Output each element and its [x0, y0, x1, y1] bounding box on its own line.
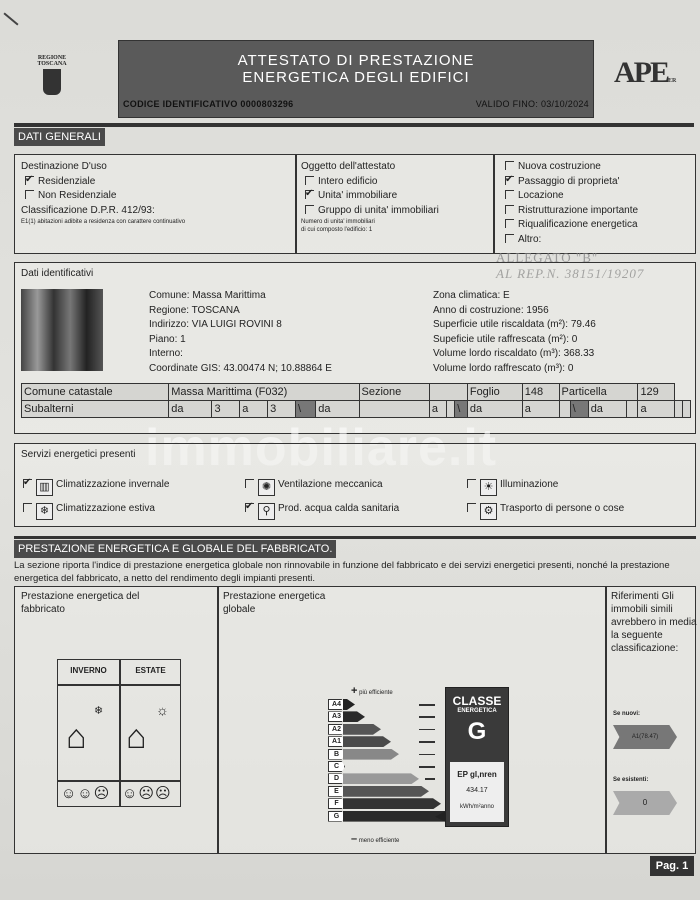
snowflake-icon: ❄ [94, 704, 103, 717]
class-label-d: D [328, 773, 345, 784]
se-nuovi-value: A1(78.47) [613, 725, 677, 749]
energetica-label: ENERGETICA [446, 708, 508, 714]
servizi-title: Servizi energetici presenti [21, 448, 136, 463]
oggetto-title: Oggetto dell'attestato [301, 160, 439, 175]
checkbox-icon[interactable] [245, 503, 254, 512]
servizio-label: Climatizzazione invernale [56, 479, 169, 490]
option-label: Altro: [518, 234, 541, 245]
catasto-cell: da [467, 401, 522, 418]
servizio-item[interactable]: ⚙Trasporto di persone o cose [467, 502, 624, 520]
catasto-table: Comune catastaleMassa Marittima (F032)Se… [21, 383, 691, 418]
lamp-icon: ☀ [480, 479, 497, 496]
class-bar-d [343, 773, 419, 784]
catasto-cell: a [240, 401, 268, 418]
class-line [419, 766, 435, 768]
class-bar-f [343, 798, 441, 809]
motivazione-option[interactable]: Locazione [501, 189, 638, 204]
catasto-cell: \ [570, 401, 588, 418]
ep-value: 434.17 [450, 787, 504, 794]
building-photo [21, 289, 103, 371]
house-winter-icon: ⌂ [66, 718, 87, 757]
destinazione-uso: Destinazione D'uso ResidenzialeNon Resid… [21, 160, 185, 226]
se-esistenti-value: 0 [613, 791, 677, 815]
class-line [419, 716, 435, 718]
identificativi-right: Zona climatica: EAnno di costruzione: 19… [433, 289, 596, 376]
checkbox-icon[interactable] [505, 234, 514, 243]
codice-identificativo: CODICE IDENTIFICATIVO 0000803296 [123, 99, 294, 109]
catasto-cell: Sezione [359, 384, 429, 401]
document-title-box: ATTESTATO DI PRESTAZIONE ENERGETICA DEGL… [118, 40, 594, 118]
elevator-icon: ⚙ [480, 503, 497, 520]
info-line: Zona climatica: E [433, 289, 596, 304]
inverno-label: INVERNO [58, 666, 119, 675]
checkbox-icon[interactable] [467, 503, 476, 512]
class-label-a1: A1 [328, 736, 345, 747]
checkbox-icon[interactable] [25, 190, 34, 199]
divider [605, 587, 607, 853]
info-line: Interno: [149, 347, 332, 362]
ape-logo: APEER [614, 56, 676, 90]
option-label: Intero edificio [318, 176, 377, 187]
motivazione-option[interactable]: Altro: [501, 233, 638, 248]
checkbox-icon[interactable] [505, 176, 514, 185]
catasto-cell: da [588, 401, 627, 418]
class-label-a4: A4 [328, 699, 345, 710]
class-bar-a1 [343, 736, 391, 747]
info-line: Indirizzo: VIA LUIGI ROVINI 8 [149, 318, 332, 333]
numero-unita-value: di cui composto l'edificio: 1 [301, 226, 439, 234]
class-label-a2: A2 [328, 724, 345, 735]
divider [493, 155, 495, 253]
class-bar-a2 [343, 724, 381, 735]
servizi-energetici-box: Servizi energetici presenti ▥Climatizzaz… [14, 443, 696, 527]
motivazione-option[interactable]: Ristrutturazione importante [501, 204, 638, 219]
servizio-item[interactable]: ▥Climatizzazione invernale [23, 478, 169, 496]
identificativi-left: Comune: Massa MarittimaRegione: TOSCANAI… [149, 289, 332, 376]
catasto-cell: 3 [268, 401, 296, 418]
se-nuovi-label: Se nuovi: [613, 711, 640, 717]
destinazione-option[interactable]: Non Residenziale [21, 189, 185, 204]
info-line: Coordinate GIS: 43.00474 N; 10.88864 E [149, 362, 332, 377]
checkbox-icon[interactable] [505, 205, 514, 214]
servizio-item[interactable]: ✺Ventilazione meccanica [245, 478, 383, 496]
servizio-item[interactable]: ⚲Prod. acqua calda sanitaria [245, 502, 399, 520]
checkbox-icon[interactable] [505, 190, 514, 199]
servizio-label: Ventilazione meccanica [278, 479, 383, 490]
house-summer-icon: ⌂ [126, 718, 147, 757]
checkbox-icon[interactable] [25, 176, 34, 185]
radiator-icon: ▥ [36, 479, 53, 496]
col2-title: Prestazione energetica globale [223, 590, 343, 616]
catasto-cell: 148 [522, 384, 559, 401]
option-label: Ristrutturazione importante [518, 205, 638, 216]
catasto-cell [627, 401, 638, 418]
shield-icon [43, 69, 61, 95]
catasto-cell: 129 [638, 384, 675, 401]
catasto-cell: a [522, 401, 559, 418]
catasto-cell: Particella [559, 384, 638, 401]
classificazione-value: E1(1) abitazioni adibite a residenza con… [21, 218, 185, 226]
class-label-g: G [328, 811, 345, 822]
catasto-cell [682, 401, 690, 418]
ep-unit: kWh/m²anno [450, 804, 504, 810]
classe-energetica-box: CLASSE ENERGETICA G EP gl,nren 434.17 kW… [445, 687, 509, 827]
ep-box: EP gl,nren 434.17 kWh/m²anno [450, 762, 504, 822]
valido-fino: VALIDO FINO: 03/10/2024 [476, 99, 589, 109]
section-dati-generali: DATI GENERALI [14, 128, 105, 146]
catasto-cell: \ [455, 401, 468, 418]
option-label: Non Residenziale [38, 190, 116, 201]
checkbox-icon[interactable] [23, 503, 32, 512]
motivazione-option[interactable]: Riqualificazione energetica [501, 218, 638, 233]
option-label: Riqualificazione energetica [518, 219, 638, 230]
class-label-a3: A3 [328, 711, 345, 722]
class-label-e: E [328, 786, 345, 797]
header-divider [14, 123, 694, 127]
option-label: Unita' immobiliare [318, 190, 397, 201]
info-line: Volume lordo riscaldato (m³): 368.33 [433, 347, 596, 362]
meno-efficiente-label: – meno efficiente [351, 833, 399, 845]
checkbox-icon[interactable] [467, 479, 476, 488]
class-label-f: F [328, 798, 345, 809]
divider [14, 536, 696, 539]
class-line [425, 778, 435, 780]
catasto-cell: a [638, 401, 675, 418]
current-class: G [446, 718, 508, 746]
summer-smileys-icon: ☺☹☹ [122, 784, 172, 802]
info-line: Superficie utile riscaldata (m²): 79.46 [433, 318, 596, 333]
catasto-cell: 3 [212, 401, 240, 418]
checkbox-icon[interactable] [305, 190, 314, 199]
page-number: Pag. 1 [650, 856, 694, 876]
title-line-2: ENERGETICA DEGLI EDIFICI [119, 69, 593, 86]
catasto-cell [675, 401, 683, 418]
catasto-cell: Foglio [467, 384, 522, 401]
catasto-cell [359, 401, 429, 418]
checkbox-icon[interactable] [305, 176, 314, 185]
option-label: Passaggio di proprieta' [518, 176, 619, 187]
motivazione-option[interactable]: Nuova costruzione [501, 160, 638, 175]
class-line [419, 729, 435, 731]
option-label: Gruppo di unita' immobiliari [318, 205, 439, 216]
piu-efficiente-label: + più efficiente [351, 685, 393, 697]
dati-identificativi-box: Dati identificativi Comune: Massa Maritt… [14, 262, 696, 434]
servizio-label: Illuminazione [500, 479, 558, 490]
ape-logo-text: APE [614, 56, 668, 89]
section-prestazione: PRESTAZIONE ENERGETICA E GLOBALE DEL FAB… [14, 540, 336, 558]
ep-label: EP gl,nren [450, 770, 504, 779]
servizio-label: Prod. acqua calda sanitaria [278, 503, 399, 514]
numero-unita-note: Numero di unita' immobiliari [301, 218, 439, 226]
info-line: Volume lordo raffrescato (m³): 0 [433, 362, 596, 377]
divider [217, 587, 219, 853]
class-line [419, 704, 435, 706]
catasto-cell: Massa Marittima (F032) [169, 384, 359, 401]
catasto-cell: a [429, 401, 446, 418]
oggetto-option[interactable]: Gruppo di unita' immobiliari [301, 204, 439, 219]
catasto-cell: da [316, 401, 359, 418]
current-class-arrow-icon: ◀ [435, 808, 445, 824]
catasto-cell: da [169, 401, 212, 418]
catasto-cell: Comune catastale [22, 384, 169, 401]
checkbox-icon[interactable] [23, 479, 32, 488]
faucet-icon: ⚲ [258, 503, 275, 520]
info-line: Regione: TOSCANA [149, 304, 332, 319]
info-line: Comune: Massa Marittima [149, 289, 332, 304]
motivazione-option[interactable]: Passaggio di proprieta' [501, 175, 638, 190]
air-conditioner-icon: ❄ [36, 503, 53, 520]
class-label-c: C [328, 761, 345, 772]
checkbox-icon[interactable] [245, 479, 254, 488]
fan-icon: ✺ [258, 479, 275, 496]
catasto-cell: Subalterni [22, 401, 169, 418]
destinazione-title: Destinazione D'uso [21, 160, 185, 175]
servizio-label: Climatizzazione estiva [56, 503, 155, 514]
se-esistenti-label: Se esistenti: [613, 777, 648, 783]
servizio-item[interactable]: ❄Climatizzazione estiva [23, 502, 155, 520]
sun-icon: ☼ [156, 702, 169, 718]
info-line: Piano: 1 [149, 333, 332, 348]
oggetto-option[interactable]: Unita' immobiliare [301, 189, 439, 204]
motivazione: Nuova costruzionePassaggio di proprieta'… [501, 160, 638, 247]
catasto-cell [429, 384, 467, 401]
divider [295, 155, 297, 253]
estate-label: ESTATE [120, 666, 181, 675]
class-line [419, 754, 435, 756]
checkbox-icon[interactable] [305, 205, 314, 214]
option-label: Residenziale [38, 176, 95, 187]
winter-smileys-icon: ☺☺☹ [61, 784, 110, 802]
col3-title: Riferimenti Gli immobili simili avrebber… [611, 590, 697, 655]
class-bar-a4 [343, 699, 355, 710]
regione-logo-text: REGIONE TOSCANA [33, 55, 71, 67]
servizio-item[interactable]: ☀Illuminazione [467, 478, 558, 496]
class-bar-e [343, 786, 429, 797]
corner-mark [3, 12, 18, 25]
title-line-1: ATTESTATO DI PRESTAZIONE [119, 52, 593, 69]
destinazione-option[interactable]: Residenziale [21, 175, 185, 190]
oggetto-option[interactable]: Intero edificio [301, 175, 439, 190]
info-line: Anno di costruzione: 1956 [433, 304, 596, 319]
prestazione-box: Prestazione energetica del fabbricato Pr… [14, 586, 696, 854]
dati-identificativi-title: Dati identificativi [21, 267, 93, 282]
class-label-b: B [328, 749, 345, 760]
option-label: Locazione [518, 190, 564, 201]
catasto-cell [447, 401, 455, 418]
option-label: Nuova costruzione [518, 161, 601, 172]
class-bar-a3 [343, 711, 365, 722]
oggetto-attestato: Oggetto dell'attestato Intero edificioUn… [301, 160, 439, 234]
col1-title: Prestazione energetica del fabbricato [21, 590, 171, 616]
info-line: Supeficie utile raffrescata (m²): 0 [433, 333, 596, 348]
checkbox-icon[interactable] [505, 161, 514, 170]
regione-toscana-logo: REGIONE TOSCANA [33, 55, 71, 95]
classificazione-label: Classificazione D.P.R. 412/93: [21, 204, 185, 219]
ape-certificate-page: REGIONE TOSCANA ATTESTATO DI PRESTAZIONE… [0, 0, 700, 900]
inverno-estate-panel: INVERNO ESTATE ⌂ ❄ ⌂ ☼ ☺☺☹ ☺☹☹ [57, 659, 181, 807]
catasto-cell [559, 401, 570, 418]
dati-generali-box: Destinazione D'uso ResidenzialeNon Resid… [14, 154, 696, 254]
class-bar-b [343, 749, 399, 760]
catasto-cell: \ [296, 401, 316, 418]
checkbox-icon[interactable] [505, 219, 514, 228]
class-line [419, 741, 435, 743]
classe-label: CLASSE [446, 694, 508, 708]
ape-logo-sub: ER [668, 78, 676, 84]
servizio-label: Trasporto di persone o cose [500, 503, 624, 514]
prestazione-description: La sezione riporta l'indice di prestazio… [14, 560, 698, 585]
